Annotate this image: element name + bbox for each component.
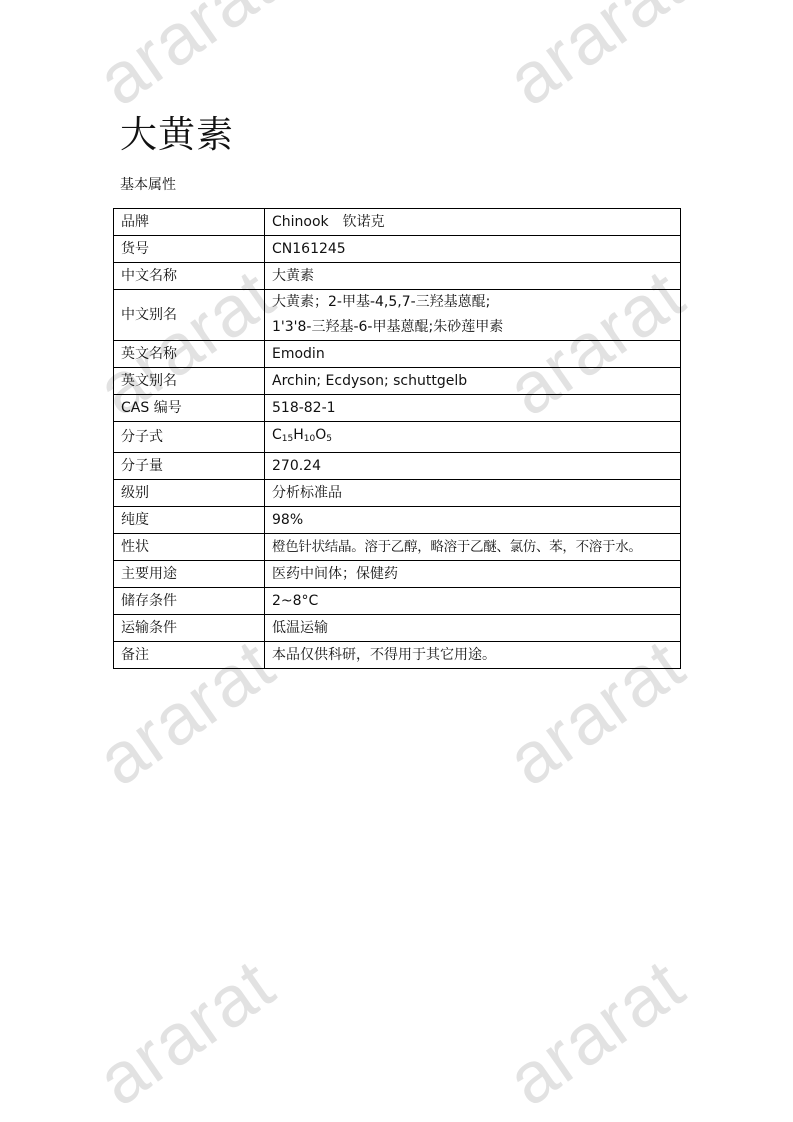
- watermark: ararat: [83, 944, 289, 1122]
- formula-element: O: [315, 427, 326, 443]
- watermark: ararat: [493, 0, 699, 122]
- table-row: CAS 编号 518-82-1: [114, 395, 681, 422]
- property-value: CN161245: [265, 236, 681, 263]
- table-row: 主要用途 医药中间体；保健药: [114, 561, 681, 588]
- watermark: ararat: [493, 944, 699, 1122]
- section-label: 基本属性: [120, 174, 176, 194]
- table-row: 分子量 270.24: [114, 453, 681, 480]
- table-row: 货号 CN161245: [114, 236, 681, 263]
- property-value: 大黄素；2-甲基-4,5,7-三羟基蒽醌; 1'3'8-三羟基-6-甲基蒽醌;朱…: [265, 290, 681, 341]
- molecular-formula: C15H10O5: [265, 422, 681, 453]
- table-row: 纯度 98%: [114, 507, 681, 534]
- table-row: 品牌 Chinook 钦诺克: [114, 209, 681, 236]
- property-value: 2~8°C: [265, 588, 681, 615]
- property-key: 英文名称: [114, 341, 265, 368]
- table-row: 中文名称 大黄素: [114, 263, 681, 290]
- property-key: 英文别名: [114, 368, 265, 395]
- property-value: 分析标准品: [265, 480, 681, 507]
- formula-subscript: 5: [326, 434, 332, 444]
- property-value: 本品仅供科研，不得用于其它用途。: [265, 642, 681, 669]
- alias-line: 大黄素；2-甲基-4,5,7-三羟基蒽醌;: [272, 290, 673, 315]
- property-value: 医药中间体；保健药: [265, 561, 681, 588]
- property-key: 货号: [114, 236, 265, 263]
- table-row: 性状 橙色针状结晶。溶于乙醇，略溶于乙醚、氯仿、苯，不溶于水。: [114, 534, 681, 561]
- property-key: CAS 编号: [114, 395, 265, 422]
- property-key: 备注: [114, 642, 265, 669]
- property-key: 中文别名: [114, 290, 265, 341]
- alias-line: 1'3'8-三羟基-6-甲基蒽醌;朱砂莲甲素: [272, 315, 673, 340]
- property-value: 橙色针状结晶。溶于乙醇，略溶于乙醚、氯仿、苯，不溶于水。: [265, 534, 681, 561]
- formula-element: C: [272, 427, 282, 443]
- property-key: 分子量: [114, 453, 265, 480]
- property-key: 中文名称: [114, 263, 265, 290]
- property-key: 主要用途: [114, 561, 265, 588]
- formula-subscript: 10: [304, 434, 315, 444]
- table-row: 英文名称 Emodin: [114, 341, 681, 368]
- property-key: 品牌: [114, 209, 265, 236]
- property-key: 性状: [114, 534, 265, 561]
- table-row: 储存条件 2~8°C: [114, 588, 681, 615]
- property-value: 大黄素: [265, 263, 681, 290]
- table-row: 分子式 C15H10O5: [114, 422, 681, 453]
- properties-table: 品牌 Chinook 钦诺克 货号 CN161245 中文名称 大黄素 中文别名…: [113, 208, 681, 669]
- table-row: 级别 分析标准品: [114, 480, 681, 507]
- table-row: 备注 本品仅供科研，不得用于其它用途。: [114, 642, 681, 669]
- property-value: 低温运输: [265, 615, 681, 642]
- property-value: 518-82-1: [265, 395, 681, 422]
- table-row: 运输条件 低温运输: [114, 615, 681, 642]
- property-key: 纯度: [114, 507, 265, 534]
- property-key: 级别: [114, 480, 265, 507]
- property-value: 98%: [265, 507, 681, 534]
- formula-element: H: [293, 427, 304, 443]
- property-value: 270.24: [265, 453, 681, 480]
- table-row: 英文别名 Archin; Ecdyson; schuttgelb: [114, 368, 681, 395]
- table-row: 中文别名 大黄素；2-甲基-4,5,7-三羟基蒽醌; 1'3'8-三羟基-6-甲…: [114, 290, 681, 341]
- formula-subscript: 15: [282, 434, 293, 444]
- property-value: Emodin: [265, 341, 681, 368]
- property-key: 运输条件: [114, 615, 265, 642]
- property-key: 储存条件: [114, 588, 265, 615]
- property-value: Chinook 钦诺克: [265, 209, 681, 236]
- page-title: 大黄素: [120, 104, 234, 158]
- property-value: Archin; Ecdyson; schuttgelb: [265, 368, 681, 395]
- property-key: 分子式: [114, 422, 265, 453]
